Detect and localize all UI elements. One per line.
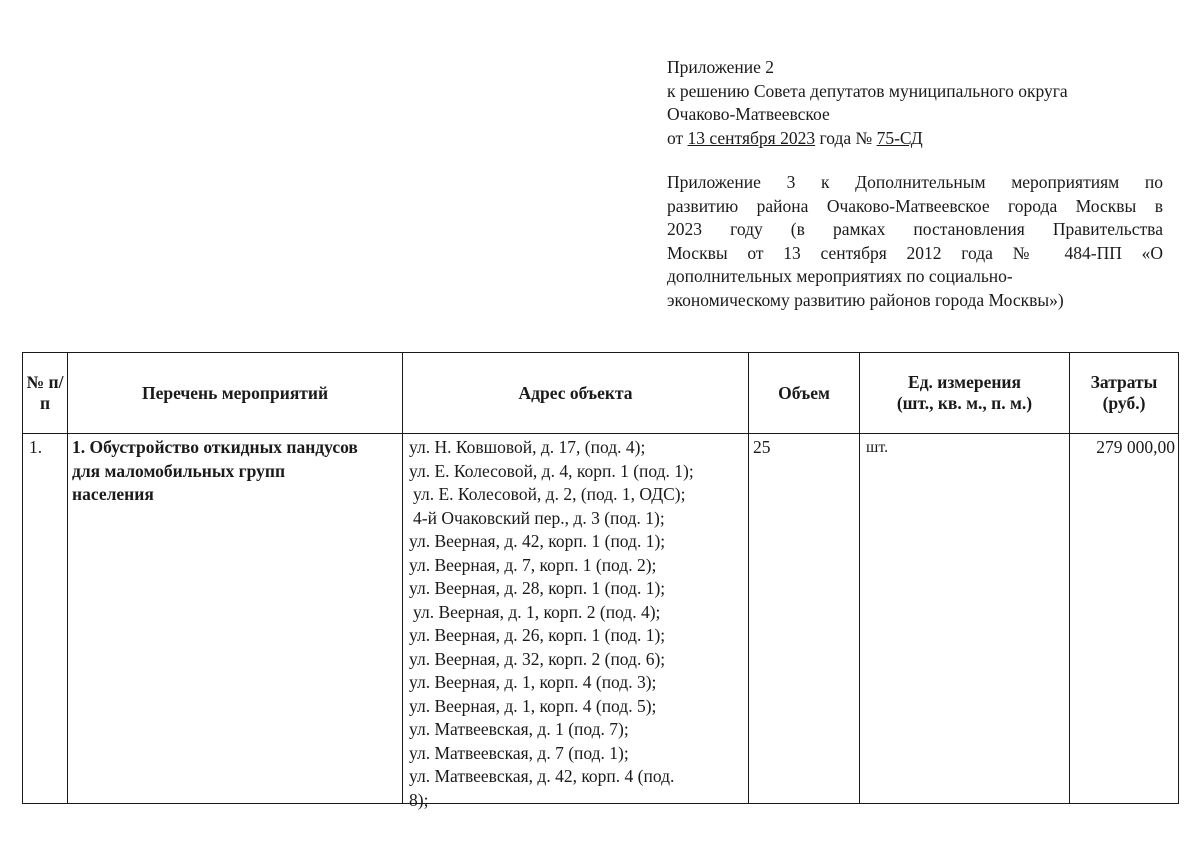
address-item: ул. Веерная, д. 1, корп. 4 (под. 5); <box>409 695 744 719</box>
date-suffix: года № <box>815 128 876 148</box>
address-item: ул. Е. Колесовой, д. 4, корп. 1 (под. 1)… <box>409 460 744 484</box>
decision-line: к решению Совета депутатов муниципальног… <box>667 80 1147 104</box>
address-item: 4-й Очаковский пер., д. 3 (под. 1); <box>409 507 744 531</box>
description-line: дополнительных мероприятиях по социально… <box>667 265 1163 289</box>
table-header-row: № п/п Перечень мероприятий Адрес объекта… <box>23 353 1179 434</box>
header-volume: Объем <box>749 353 860 434</box>
address-item: ул. Е. Колесовой, д. 2, (под. 1, ОДС); <box>409 483 744 507</box>
address-item: ул. Веерная, д. 7, корп. 1 (под. 2); <box>409 554 744 578</box>
row-activity: 1. Обустройство откидных пандусов для ма… <box>68 434 403 804</box>
address-item: ул. Матвеевская, д. 1 (под. 7); <box>409 718 744 742</box>
decision-date-line: от 13 сентября 2023 года № 75-СД <box>667 127 1147 151</box>
header-unit: Ед. измерения (шт., кв. м., п. м.) <box>860 353 1070 434</box>
row-cost: 279 000,00 <box>1070 434 1179 804</box>
decision-date: 13 сентября 2023 <box>688 128 816 148</box>
description-line: развитию района Очаково-Матвеевское горо… <box>667 195 1163 219</box>
appendix-header: Приложение 2 к решению Совета депутатов … <box>667 56 1147 150</box>
decision-number: 75-СД <box>877 128 923 148</box>
appendix-title: Приложение 2 <box>667 56 1147 80</box>
header-num: № п/п <box>23 353 68 434</box>
row-unit: шт. <box>860 434 1070 804</box>
address-item: ул. Веерная, д. 32, корп. 2 (под. 6); <box>409 648 744 672</box>
description-line: Приложение 3 к Дополнительным мероприяти… <box>667 171 1163 195</box>
activities-table: № п/п Перечень мероприятий Адрес объекта… <box>22 352 1179 804</box>
appendix-description: Приложение 3 к Дополнительным мероприяти… <box>667 171 1163 312</box>
header-cost: Затраты (руб.) <box>1070 353 1179 434</box>
address-item: ул. Матвеевская, д. 42, корп. 4 (под. <box>409 765 744 789</box>
header-address: Адрес объекта <box>403 353 749 434</box>
description-line: 2023 году (в рамках постановления Правит… <box>667 218 1163 242</box>
address-item: 8); <box>409 789 744 813</box>
table-row: 1. 1. Обустройство откидных пандусов для… <box>23 434 1179 804</box>
header-activities: Перечень мероприятий <box>68 353 403 434</box>
address-item: ул. Веерная, д. 42, корп. 1 (под. 1); <box>409 530 744 554</box>
row-num: 1. <box>23 434 68 804</box>
address-item: ул. Веерная, д. 1, корп. 2 (под. 4); <box>409 601 744 625</box>
row-addresses: ул. Н. Ковшовой, д. 17, (под. 4);ул. Е. … <box>403 434 749 804</box>
address-item: ул. Н. Ковшовой, д. 17, (под. 4); <box>409 436 744 460</box>
address-item: ул. Веерная, д. 28, корп. 1 (под. 1); <box>409 577 744 601</box>
address-item: ул. Веерная, д. 26, корп. 1 (под. 1); <box>409 624 744 648</box>
description-line: Москвы от 13 сентября 2012 года № 484-ПП… <box>667 242 1163 266</box>
district-name: Очаково-Матвеевское <box>667 103 1147 127</box>
address-item: ул. Матвеевская, д. 7 (под. 1); <box>409 742 744 766</box>
description-line: экономическому развитию районов города М… <box>667 289 1163 313</box>
row-volume: 25 <box>749 434 860 804</box>
date-prefix: от <box>667 128 688 148</box>
address-item: ул. Веерная, д. 1, корп. 4 (под. 3); <box>409 671 744 695</box>
